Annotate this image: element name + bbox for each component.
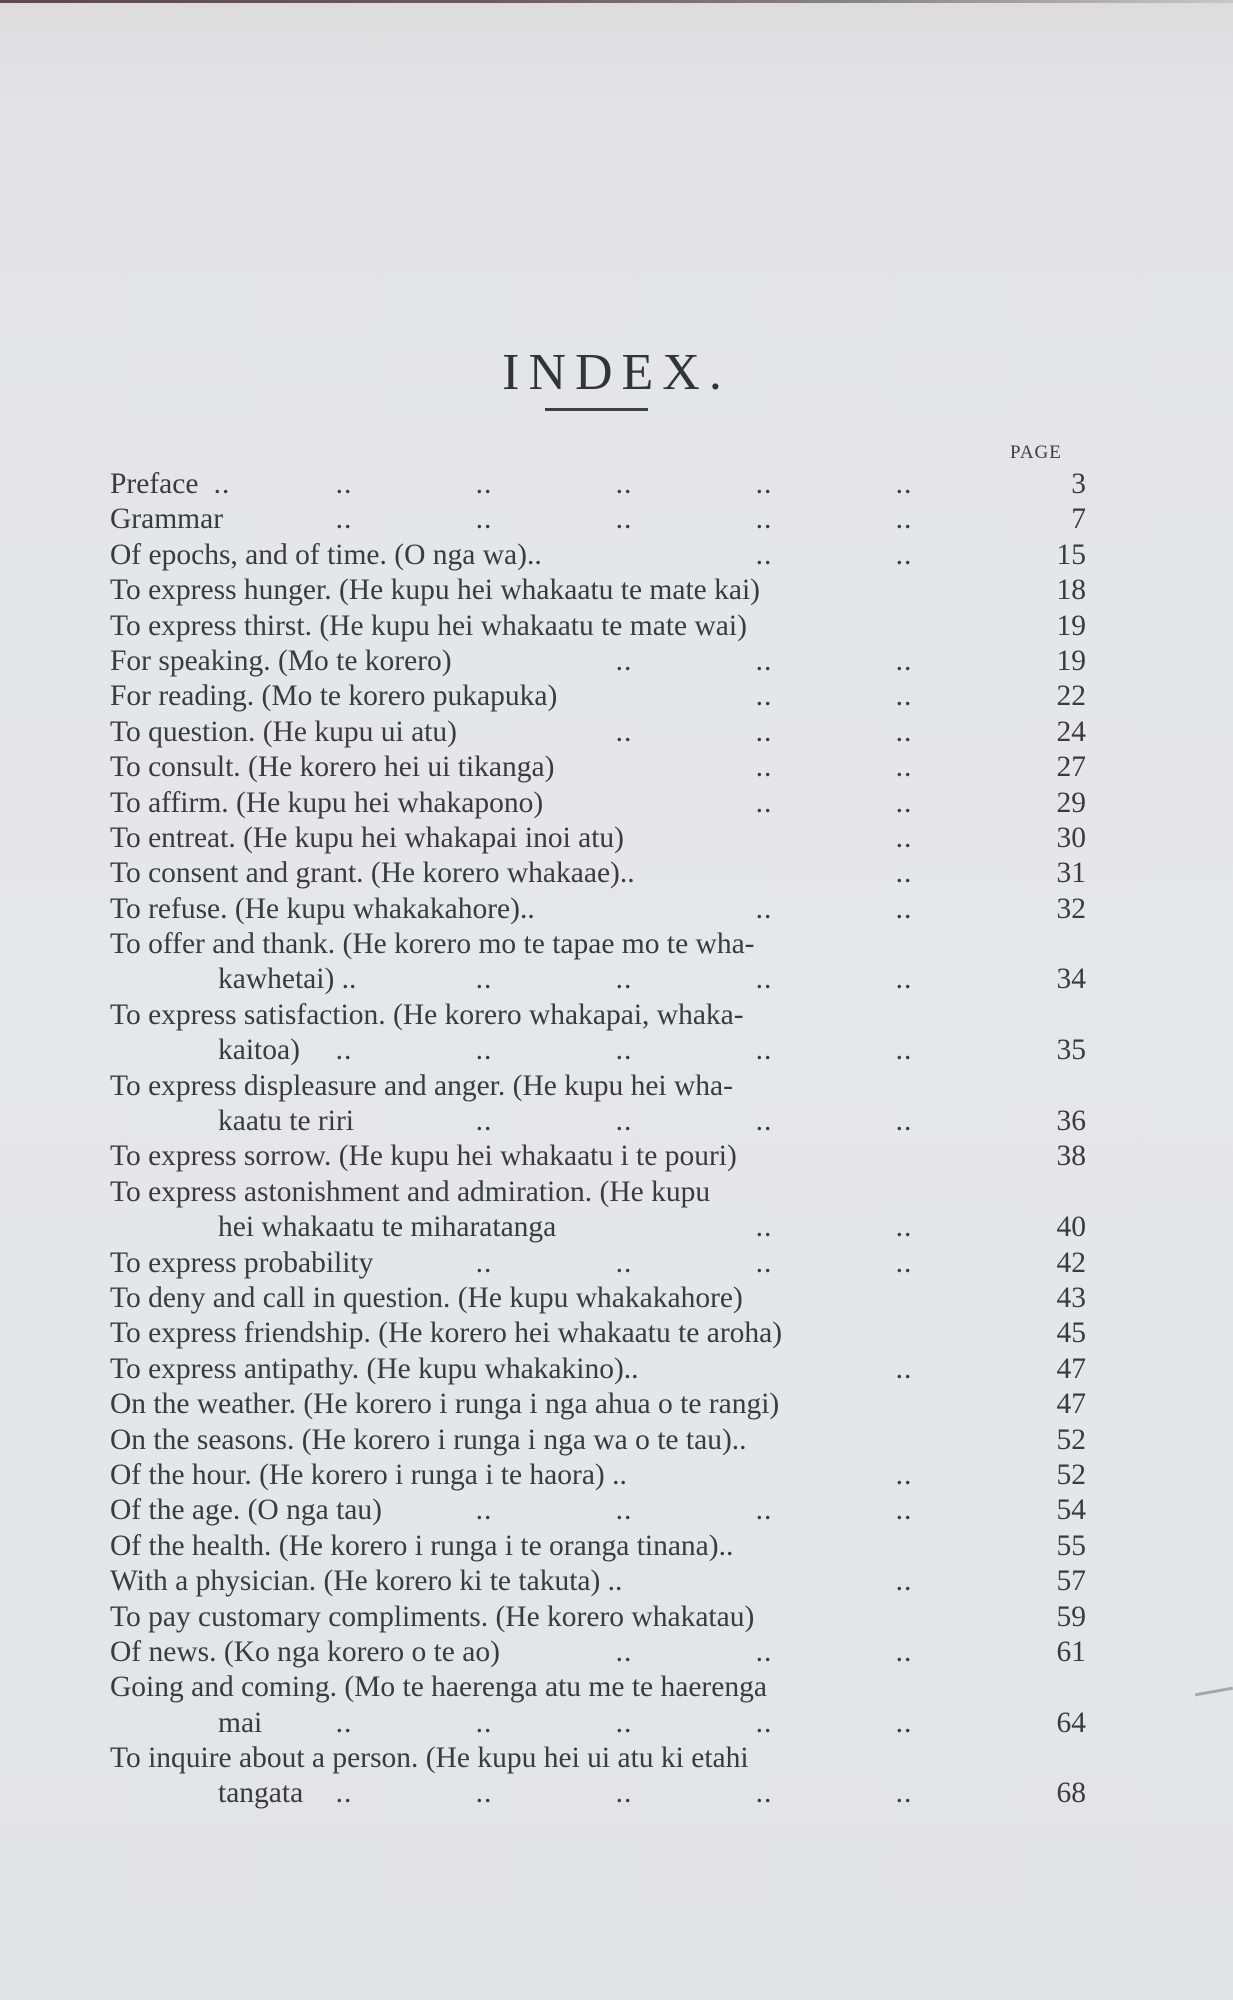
index-entry: Of the health. (He korero i runga i te o…	[110, 1529, 1086, 1564]
entry-text: To express astonishment and admiration. …	[110, 1175, 710, 1210]
entry-text: With a physician. (He korero ki te takut…	[110, 1564, 622, 1599]
index-entry: For speaking. (Mo te korero)......19	[110, 644, 1086, 679]
entry-text: Of the age. (O nga tau)	[110, 1493, 382, 1528]
entry-text: Of the hour. (He korero i runga i te hao…	[110, 1458, 627, 1493]
leader-dots: ..	[752, 1706, 776, 1741]
index-entry: Preface............3	[110, 467, 1086, 502]
entry-text: For speaking. (Mo te korero)	[110, 644, 452, 679]
index-entry: On the weather. (He korero i runga i nga…	[110, 1387, 1086, 1422]
leader-dots: ..	[752, 715, 776, 750]
leader-dots: ..	[332, 1706, 356, 1741]
entry-text: To pay customary compliments. (He korero…	[110, 1600, 754, 1635]
leader-dots: ..	[752, 892, 776, 927]
page-number: 3	[1071, 467, 1086, 502]
index-entry: With a physician. (He korero ki te takut…	[110, 1564, 1086, 1599]
leader-dots: ..	[210, 467, 234, 502]
leader-dots: ..	[612, 1493, 636, 1528]
index-list: Preface............3Grammar..........7Of…	[110, 467, 1086, 1812]
index-entry: To offer and thank. (He korero mo te tap…	[110, 927, 1086, 962]
leader-dots: ..	[892, 1458, 916, 1493]
entry-text: To express satisfaction. (He korero whak…	[110, 998, 744, 1033]
index-entry: To express hunger. (He kupu hei whakaatu…	[110, 573, 1086, 608]
entry-text: Of news. (Ko nga korero o te ao)	[110, 1635, 500, 1670]
leader-dots: ..	[892, 1352, 916, 1387]
page-number: 68	[1057, 1776, 1087, 1811]
page-number: 38	[1057, 1139, 1087, 1174]
leader-dots: ..	[892, 962, 916, 997]
leader-dots: ..	[612, 715, 636, 750]
index-entry: To pay customary compliments. (He korero…	[110, 1600, 1086, 1635]
index-entry-continuation: kaitoa)..........35	[110, 1033, 1086, 1068]
leader-dots: ..	[612, 1104, 636, 1139]
leader-dots: ..	[892, 892, 916, 927]
entry-text: Going and coming. (Mo te haerenga atu me…	[110, 1670, 767, 1705]
leader-dots: ..	[752, 786, 776, 821]
entry-text: To express friendship. (He korero hei wh…	[110, 1316, 782, 1351]
entry-text: On the weather. (He korero i runga i nga…	[110, 1387, 779, 1422]
leader-dots: ..	[892, 1104, 916, 1139]
leader-dots: ..	[892, 1246, 916, 1281]
leader-dots: ..	[612, 962, 636, 997]
index-entry: To affirm. (He kupu hei whakapono)....29	[110, 786, 1086, 821]
entry-text: hei whakaatu te miharatanga	[218, 1210, 556, 1245]
entry-text: Of the health. (He korero i runga i te o…	[110, 1529, 733, 1564]
page-top-edge	[0, 0, 1233, 3]
page-title: INDEX.	[0, 343, 1233, 402]
leader-dots: ..	[752, 1776, 776, 1811]
index-entry: Going and coming. (Mo te haerenga atu me…	[110, 1670, 1086, 1705]
leader-dots: ..	[892, 1210, 916, 1245]
leader-dots: ..	[472, 502, 496, 537]
leader-dots: ..	[472, 467, 496, 502]
leader-dots: ..	[892, 1564, 916, 1599]
leader-dots: ..	[472, 1493, 496, 1528]
entry-text: kaatu te riri	[218, 1104, 354, 1139]
index-entry: To entreat. (He kupu hei whakapai inoi a…	[110, 821, 1086, 856]
page-number: 45	[1057, 1316, 1087, 1351]
leader-dots: ..	[892, 715, 916, 750]
leader-dots: ..	[892, 679, 916, 714]
leader-dots: ..	[752, 962, 776, 997]
entry-text: Preface	[110, 467, 198, 502]
page-number: 52	[1057, 1423, 1087, 1458]
leader-dots: ..	[472, 1104, 496, 1139]
index-entry-continuation: tangata..........68	[110, 1776, 1086, 1811]
index-entry-continuation: hei whakaatu te miharatanga....40	[110, 1210, 1086, 1245]
entry-text: Of epochs, and of time. (O nga wa)..	[110, 538, 542, 573]
leader-dots: ..	[892, 467, 916, 502]
entry-text: tangata	[218, 1776, 303, 1811]
leader-dots: ..	[892, 644, 916, 679]
paper-mark	[1195, 1687, 1233, 1697]
entry-text: To consult. (He korero hei ui tikanga)	[110, 750, 554, 785]
entry-text: kaitoa)	[218, 1033, 300, 1068]
index-entry-continuation: mai..........64	[110, 1706, 1086, 1741]
entry-text: On the seasons. (He korero i runga i nga…	[110, 1423, 747, 1458]
page-number: 27	[1057, 750, 1087, 785]
entry-text: To consent and grant. (He korero whakaae…	[110, 856, 635, 891]
entry-text: To inquire about a person. (He kupu hei …	[110, 1741, 749, 1776]
page-number: 31	[1057, 856, 1087, 891]
leader-dots: ..	[612, 502, 636, 537]
leader-dots: ..	[752, 538, 776, 573]
page-number: 7	[1071, 502, 1086, 537]
page-number: 19	[1057, 609, 1087, 644]
entry-text: To express displeasure and anger. (He ku…	[110, 1069, 733, 1104]
page-number: 29	[1057, 786, 1087, 821]
index-entry: To express probability........42	[110, 1246, 1086, 1281]
leader-dots: ..	[752, 467, 776, 502]
page-number: 22	[1057, 679, 1087, 714]
title-rule-divider	[545, 408, 648, 411]
leader-dots: ..	[752, 1635, 776, 1670]
page-number: 55	[1057, 1529, 1087, 1564]
page-number: 47	[1057, 1387, 1087, 1422]
page-number: 35	[1057, 1033, 1087, 1068]
entry-text: kawhetai) ..	[218, 962, 356, 997]
page-number: 19	[1057, 644, 1087, 679]
index-entry: For reading. (Mo te korero pukapuka)....…	[110, 679, 1086, 714]
index-entry: To inquire about a person. (He kupu hei …	[110, 1741, 1086, 1776]
page-number: 57	[1057, 1564, 1087, 1599]
leader-dots: ..	[752, 750, 776, 785]
entry-text: To express hunger. (He kupu hei whakaatu…	[110, 573, 760, 608]
leader-dots: ..	[752, 1104, 776, 1139]
page-number: 24	[1057, 715, 1087, 750]
index-entry: To express satisfaction. (He korero whak…	[110, 998, 1086, 1033]
page-number: 30	[1057, 821, 1087, 856]
entry-text: To affirm. (He kupu hei whakapono)	[110, 786, 543, 821]
leader-dots: ..	[752, 502, 776, 537]
leader-dots: ..	[612, 467, 636, 502]
page-number: 59	[1057, 1600, 1087, 1635]
index-entry-continuation: kaatu te riri........36	[110, 1104, 1086, 1139]
entry-text: Grammar	[110, 502, 223, 537]
index-entry: Of epochs, and of time. (O nga wa)......…	[110, 538, 1086, 573]
index-entry: To consent and grant. (He korero whakaae…	[110, 856, 1086, 891]
leader-dots: ..	[892, 1706, 916, 1741]
page-number: 54	[1057, 1493, 1087, 1528]
leader-dots: ..	[892, 750, 916, 785]
entry-text: To express probability	[110, 1246, 373, 1281]
index-entry: Of news. (Ko nga korero o te ao)......61	[110, 1635, 1086, 1670]
leader-dots: ..	[892, 502, 916, 537]
leader-dots: ..	[612, 1033, 636, 1068]
leader-dots: ..	[892, 1033, 916, 1068]
index-entry: To express sorrow. (He kupu hei whakaatu…	[110, 1139, 1086, 1174]
leader-dots: ..	[472, 1776, 496, 1811]
entry-text: To question. (He kupu ui atu)	[110, 715, 457, 750]
entry-text: To refuse. (He kupu whakakahore)..	[110, 892, 535, 927]
page-number: 64	[1057, 1706, 1087, 1741]
entry-text: For reading. (Mo te korero pukapuka)	[110, 679, 557, 714]
page-number: 40	[1057, 1210, 1087, 1245]
leader-dots: ..	[752, 644, 776, 679]
index-entry-continuation: kawhetai) ..........34	[110, 962, 1086, 997]
page-number: 43	[1057, 1281, 1087, 1316]
page-number: 36	[1057, 1104, 1087, 1139]
leader-dots: ..	[892, 821, 916, 856]
leader-dots: ..	[752, 1246, 776, 1281]
page-number: 42	[1057, 1246, 1087, 1281]
entry-text: To entreat. (He kupu hei whakapai inoi a…	[110, 821, 624, 856]
index-entry: To express astonishment and admiration. …	[110, 1175, 1086, 1210]
index-entry: On the seasons. (He korero i runga i nga…	[110, 1423, 1086, 1458]
leader-dots: ..	[612, 1635, 636, 1670]
index-entry: To refuse. (He kupu whakakahore)......32	[110, 892, 1086, 927]
entry-text: mai	[218, 1706, 262, 1741]
entry-text: To express sorrow. (He kupu hei whakaatu…	[110, 1139, 737, 1174]
page-number: 34	[1057, 962, 1087, 997]
leader-dots: ..	[472, 962, 496, 997]
index-entry: To express antipathy. (He kupu whakakino…	[110, 1352, 1086, 1387]
index-entry: To express thirst. (He kupu hei whakaatu…	[110, 609, 1086, 644]
leader-dots: ..	[892, 1776, 916, 1811]
leader-dots: ..	[332, 1776, 356, 1811]
leader-dots: ..	[892, 1635, 916, 1670]
leader-dots: ..	[752, 1033, 776, 1068]
page-number: 32	[1057, 892, 1087, 927]
entry-text: To deny and call in question. (He kupu w…	[110, 1281, 743, 1316]
entry-text: To express antipathy. (He kupu whakakino…	[110, 1352, 639, 1387]
index-entry: Of the age. (O nga tau)........54	[110, 1493, 1086, 1528]
index-entry: To consult. (He korero hei ui tikanga)..…	[110, 750, 1086, 785]
leader-dots: ..	[472, 1706, 496, 1741]
leader-dots: ..	[612, 1246, 636, 1281]
leader-dots: ..	[752, 1493, 776, 1528]
page-number: 15	[1057, 538, 1087, 573]
leader-dots: ..	[612, 1776, 636, 1811]
leader-dots: ..	[472, 1033, 496, 1068]
index-entry: Of the hour. (He korero i runga i te hao…	[110, 1458, 1086, 1493]
page-number: 18	[1057, 573, 1087, 608]
page-number: 61	[1057, 1635, 1087, 1670]
page-number: 52	[1057, 1458, 1087, 1493]
index-entry: To deny and call in question. (He kupu w…	[110, 1281, 1086, 1316]
index-entry: To express friendship. (He korero hei wh…	[110, 1316, 1086, 1351]
leader-dots: ..	[892, 786, 916, 821]
leader-dots: ..	[612, 1706, 636, 1741]
leader-dots: ..	[892, 1493, 916, 1528]
leader-dots: ..	[332, 502, 356, 537]
entry-text: To offer and thank. (He korero mo te tap…	[110, 927, 755, 962]
leader-dots: ..	[752, 1210, 776, 1245]
page-column-header: PAGE	[1010, 442, 1062, 464]
index-entry: Grammar..........7	[110, 502, 1086, 537]
index-entry: To question. (He kupu ui atu)......24	[110, 715, 1086, 750]
index-entry: To express displeasure and anger. (He ku…	[110, 1069, 1086, 1104]
leader-dots: ..	[332, 467, 356, 502]
leader-dots: ..	[752, 679, 776, 714]
leader-dots: ..	[612, 644, 636, 679]
page-number: 47	[1057, 1352, 1087, 1387]
entry-text: To express thirst. (He kupu hei whakaatu…	[110, 609, 747, 644]
leader-dots: ..	[472, 1246, 496, 1281]
leader-dots: ..	[332, 1033, 356, 1068]
leader-dots: ..	[892, 856, 916, 891]
leader-dots: ..	[892, 538, 916, 573]
